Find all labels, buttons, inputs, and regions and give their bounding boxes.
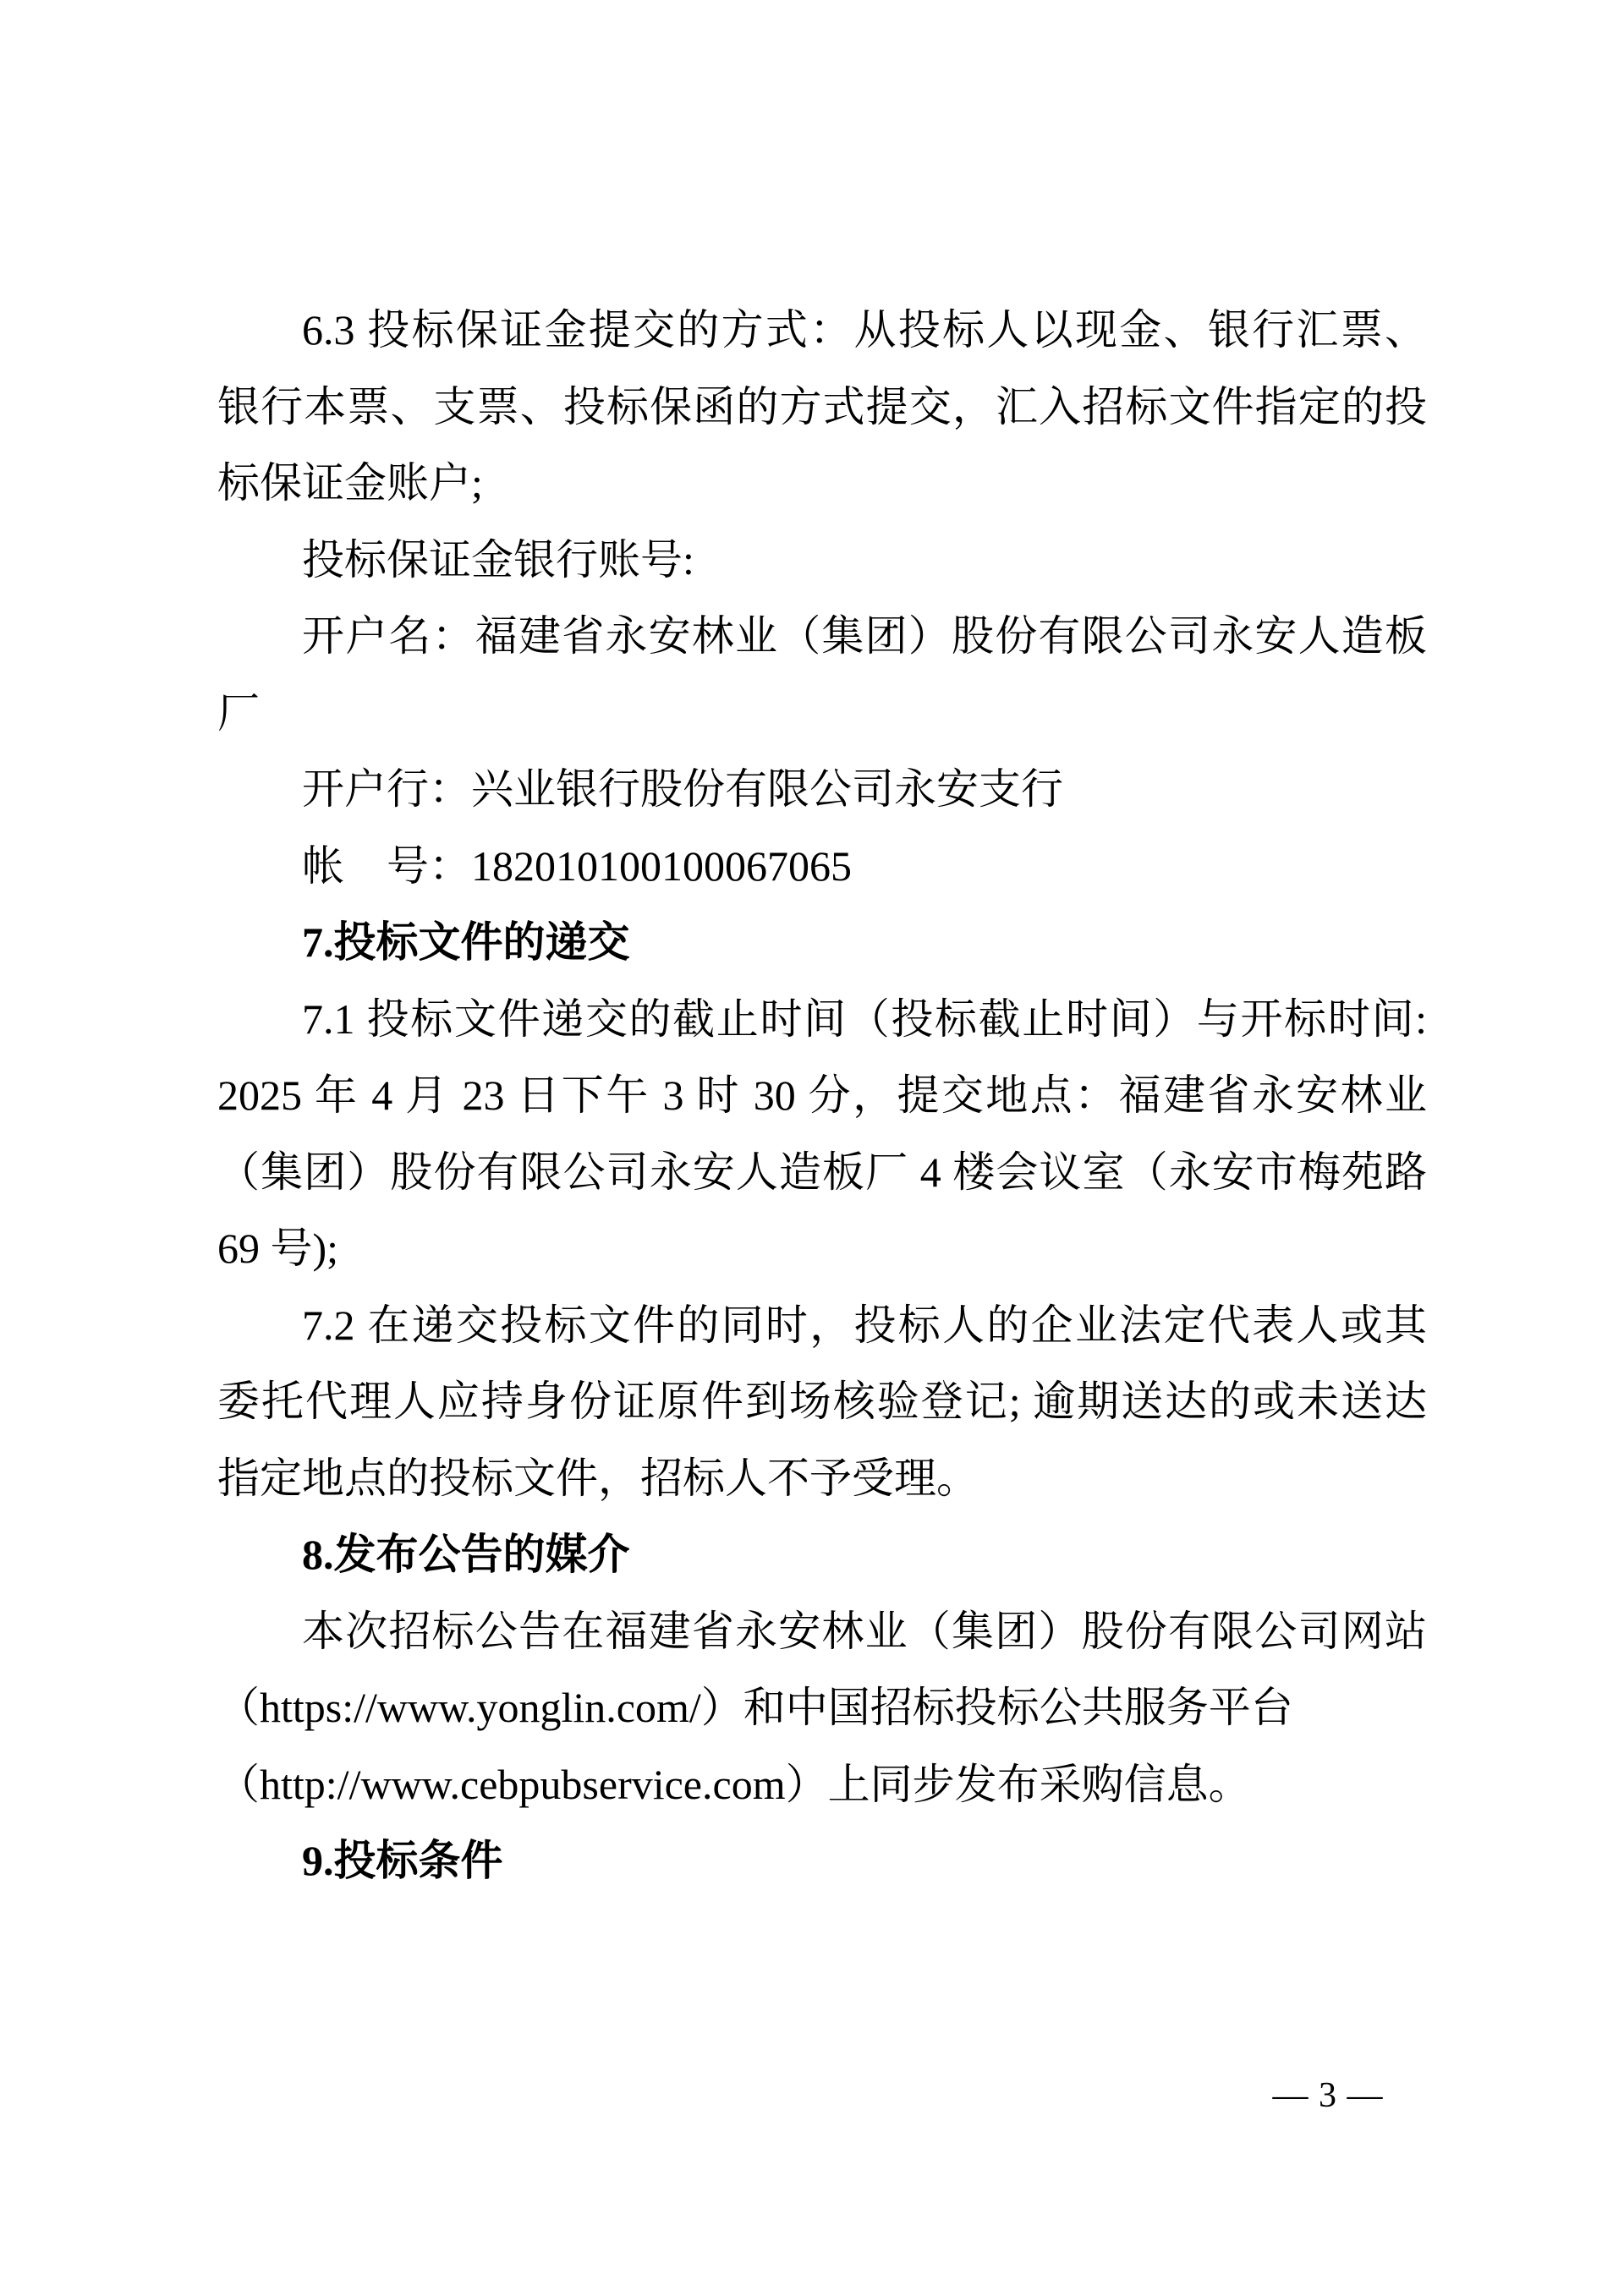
text-line: 投标保证金银行账号: <box>217 522 1427 599</box>
text-line: 9.投标条件 <box>217 1822 1427 1899</box>
text-line: 委托代理人应持身份证原件到场核验登记; 逾期送达的或未送达 <box>217 1363 1427 1440</box>
text-line: 7.1 投标文件递交的截止时间（投标截止时间）与开标时间: <box>217 981 1427 1058</box>
text-line: 指定地点的投标文件，招标人不予受理。 <box>217 1440 1427 1517</box>
text-line: （https://www.yonglin.com/）和中国招标投标公共服务平台 <box>217 1669 1427 1746</box>
text-line: 7.2 在递交投标文件的同时，投标人的企业法定代表人或其 <box>217 1287 1427 1364</box>
text-line: （集团）股份有限公司永安人造板厂 4 楼会议室（永安市梅苑路 <box>217 1134 1427 1211</box>
text-line: 7.投标文件的递交 <box>217 904 1427 981</box>
text-line: （http://www.cebpubservice.com）上同步发布采购信息。 <box>217 1746 1427 1823</box>
document-page: 6.3 投标保证金提交的方式：从投标人以现金、银行汇票、银行本票、支票、投标保函… <box>0 0 1624 2296</box>
text-line: 6.3 投标保证金提交的方式：从投标人以现金、银行汇票、 <box>217 292 1427 369</box>
text-line: 标保证金账户; <box>217 445 1427 522</box>
text-line: 帐 号：182010100100067065 <box>217 828 1427 905</box>
text-line: 银行本票、支票、投标保函的方式提交，汇入招标文件指定的投 <box>217 369 1427 446</box>
text-line: 本次招标公告在福建省永安林业（集团）股份有限公司网站 <box>217 1593 1427 1670</box>
text-line: 8.发布公告的媒介 <box>217 1516 1427 1593</box>
text-line: 开户行：兴业银行股份有限公司永安支行 <box>217 751 1427 828</box>
page-number: — 3 — <box>1243 2070 1413 2121</box>
text-line: 69 号); <box>217 1210 1427 1287</box>
text-line: 2025 年 4 月 23 日下午 3 时 30 分，提交地点：福建省永安林业 <box>217 1057 1427 1134</box>
text-line: 开户名：福建省永安林业（集团）股份有限公司永安人造板 <box>217 598 1427 675</box>
text-line: 厂 <box>217 675 1427 752</box>
body-text: 6.3 投标保证金提交的方式：从投标人以现金、银行汇票、银行本票、支票、投标保函… <box>217 0 1427 2296</box>
